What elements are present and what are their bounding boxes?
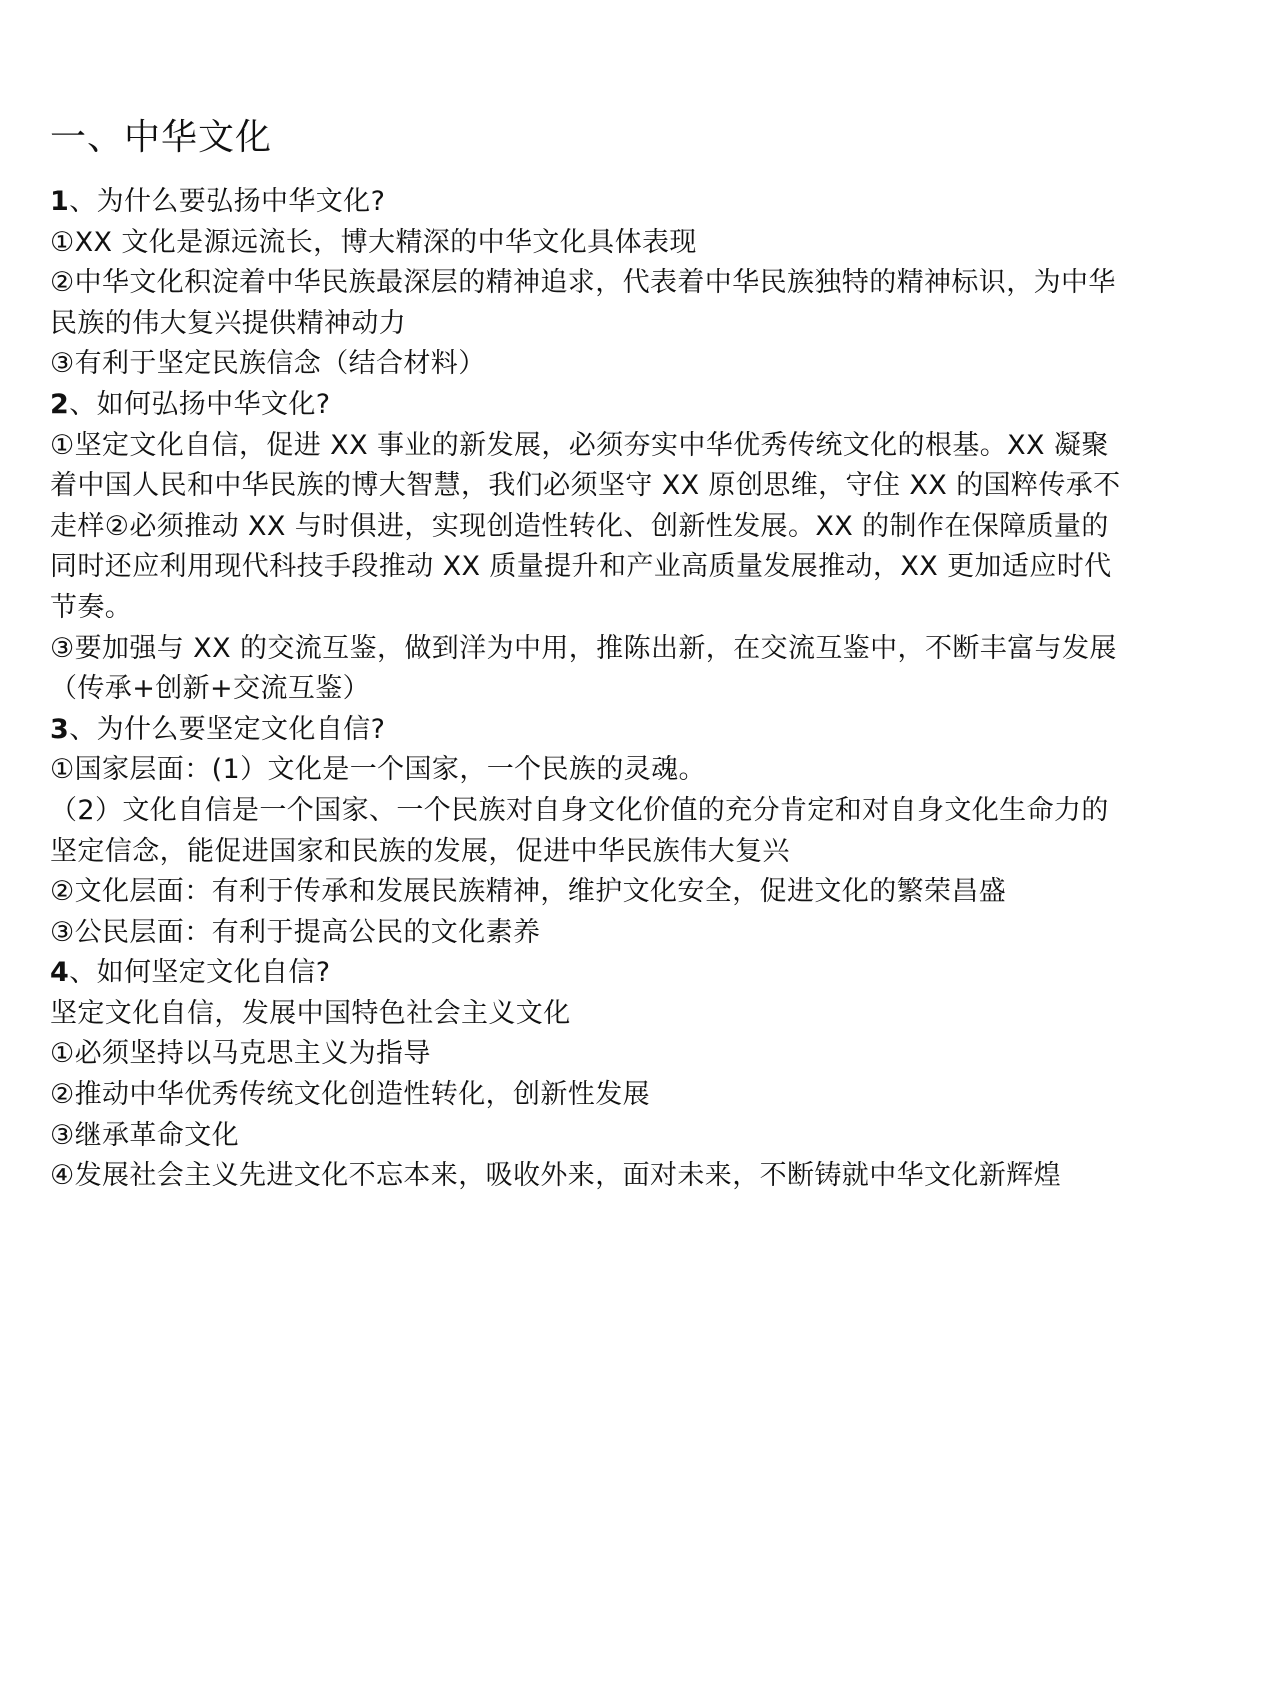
list-item: （2）文化自信是一个国家、一个民族对自身文化价值的充分肯定和对自身文化生命力的坚…: [50, 791, 1132, 872]
list-item: ①国家层面：(1）文化是一个国家，一个民族的灵魂。: [50, 750, 1132, 791]
section-4: 4、如何坚定文化自信? 坚定文化自信，发展中国特色社会主义文化 ①必须坚持以马克…: [50, 953, 1132, 1197]
list-item: ③要加强与 XX 的交流互鉴，做到洋为中用，推陈出新，在交流互鉴中，不断丰富与发…: [50, 629, 1132, 670]
list-item: ③继承革命文化: [50, 1116, 1132, 1157]
list-item: ②推动中华优秀传统文化创造性转化，创新性发展: [50, 1075, 1132, 1116]
list-item: ①必须坚持以马克思主义为指导: [50, 1034, 1132, 1075]
list-item: ④发展社会主义先进文化不忘本来，吸收外来，面对未来，不断铸就中华文化新辉煌: [50, 1156, 1132, 1197]
section-heading: 1、为什么要弘扬中华文化?: [50, 182, 1132, 223]
section-heading-text: 、为什么要弘扬中华文化?: [69, 186, 385, 217]
document-page: 一、中华文化 1、为什么要弘扬中华文化? ①XX 文化是源远流长，博大精深的中华…: [50, 112, 1132, 1197]
section-number: 2: [50, 389, 69, 420]
section-intro: 坚定文化自信，发展中国特色社会主义文化: [50, 994, 1132, 1035]
section-1: 1、为什么要弘扬中华文化? ①XX 文化是源远流长，博大精深的中华文化具体表现 …: [50, 182, 1132, 385]
section-number: 4: [50, 957, 69, 988]
section-heading: 4、如何坚定文化自信?: [50, 953, 1132, 994]
section-heading-text: 、如何弘扬中华文化?: [69, 389, 330, 420]
section-3: 3、为什么要坚定文化自信? ①国家层面：(1）文化是一个国家，一个民族的灵魂。 …: [50, 710, 1132, 954]
section-2: 2、如何弘扬中华文化? ①坚定文化自信，促进 XX 事业的新发展，必须夯实中华优…: [50, 385, 1132, 710]
list-item: ①XX 文化是源远流长，博大精深的中华文化具体表现: [50, 223, 1132, 264]
list-item: ③有利于坚定民族信念（结合材料）: [50, 344, 1132, 385]
section-heading: 2、如何弘扬中华文化?: [50, 385, 1132, 426]
section-heading-text: 、如何坚定文化自信?: [69, 957, 330, 988]
list-item: ②中华文化积淀着中华民族最深层的精神追求，代表着中华民族独特的精神标识，为中华民…: [50, 263, 1132, 344]
section-number: 1: [50, 186, 69, 217]
list-item: ①坚定文化自信，促进 XX 事业的新发展，必须夯实中华优秀传统文化的根基。XX …: [50, 426, 1132, 629]
list-item: ②文化层面：有利于传承和发展民族精神，维护文化安全，促进文化的繁荣昌盛: [50, 872, 1132, 913]
section-heading-text: 、为什么要坚定文化自信?: [69, 714, 385, 745]
summary-note: （传承+创新+交流互鉴）: [50, 669, 1132, 710]
section-heading: 3、为什么要坚定文化自信?: [50, 710, 1132, 751]
document-title: 一、中华文化: [50, 112, 1132, 164]
section-number: 3: [50, 714, 69, 745]
list-item: ③公民层面：有利于提高公民的文化素养: [50, 913, 1132, 954]
